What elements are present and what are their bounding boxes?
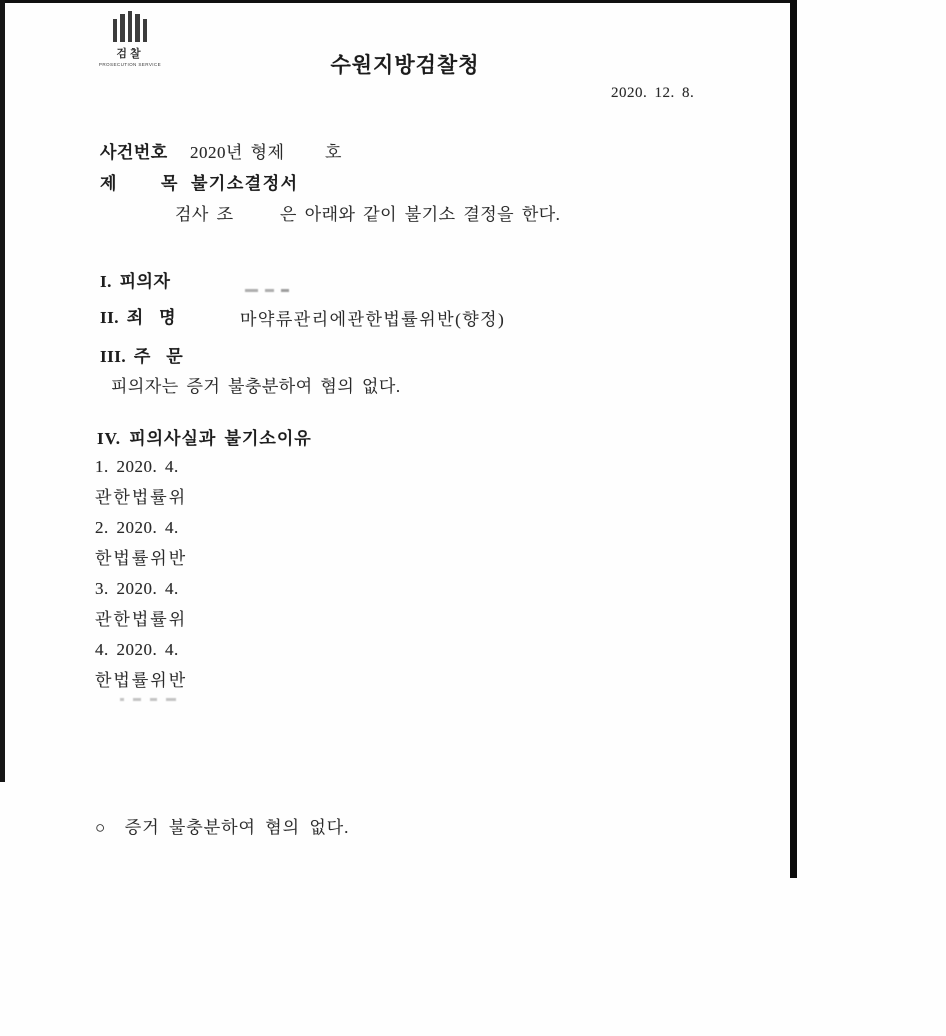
office-title: 수원지방검찰청 [280,53,530,77]
facts-line: 한법률위반 [95,671,187,691]
scan-border-right [790,0,797,878]
subject-label-b: 목 [161,174,178,194]
section-facts-heading: IV. 피의사실과 불기소이유 [97,429,312,449]
prosecution-emblem-icon [96,10,164,42]
facts-line: 2. 2020. 4. [95,518,179,538]
logo-english-label: PROSECUTION SERVICE [99,62,162,68]
logo-korean-label: 검찰 [96,45,164,61]
section-suspect-heading: I. 피의자 [100,272,170,292]
redacted-suspect-name-smudge [245,289,289,292]
section-charge-heading: II. 죄 명 [100,308,176,328]
document-page: 검찰 PROSECUTION SERVICE 수원지방검찰청 2020. 12.… [0,0,946,1036]
facts-line: 한법률위반 [95,549,187,569]
charge-value: 마약류관리에관한법률위반(향정) [240,310,505,330]
intro-sentence: 검사 조 은 아래와 같이 불기소 결정을 한다. [175,205,560,225]
facts-line: 관한법률위 [95,610,187,630]
facts-line: 3. 2020. 4. [95,579,179,599]
facts-line: 1. 2020. 4. [95,457,179,477]
case-number-suffix: 호 [325,143,342,163]
case-number-label: 사건번호 [100,143,168,163]
subject-label-a: 제 [100,174,117,194]
faded-text-smudge [120,698,176,701]
facts-line: 관한법률위 [95,488,187,508]
prosecution-service-logo: 검찰 PROSECUTION SERVICE [96,10,164,68]
conclusion-line: ○ 증거 불충분하여 혐의 없다. [95,818,349,838]
disposition-body: 피의자는 증거 불충분하여 혐의 없다. [111,377,401,397]
facts-line: 4. 2020. 4. [95,640,179,660]
scan-border-left [0,0,5,782]
document-date: 2020. 12. 8. [611,85,694,102]
case-number-value: 2020년 형제 [190,143,285,163]
scan-border-top [0,0,797,3]
section-disposition-heading: III. 주 문 [100,347,183,367]
subject-value: 불기소결정서 [191,174,299,194]
